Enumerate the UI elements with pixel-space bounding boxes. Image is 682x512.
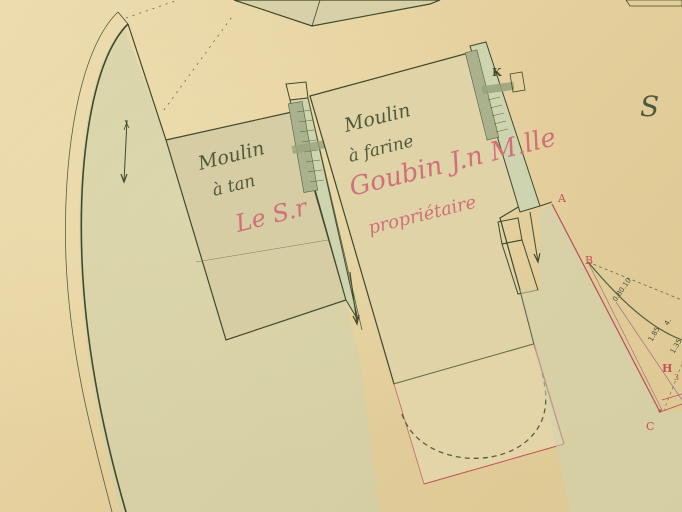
measurement-4: 1.35: [669, 337, 682, 355]
point-label-b: B: [585, 254, 593, 267]
point-label-h-sub: 3: [674, 373, 679, 382]
measurement-3: 4.: [663, 317, 673, 327]
point-label-c: C: [646, 420, 654, 433]
flour-mill-flow-arrow-icon: [530, 212, 540, 262]
point-label-h: H: [662, 362, 672, 375]
point-label-a: A: [557, 192, 567, 205]
point-label-k: K: [492, 66, 502, 79]
top-building-fragment: [234, 0, 682, 26]
site-plan: Moulin à tan Le S.r Moulin à farine Goub…: [0, 0, 682, 512]
map-title-fragment: S: [640, 90, 659, 123]
right-survey-area: [520, 202, 682, 512]
map-sheet: Moulin à tan Le S.r Moulin à farine Goub…: [0, 0, 682, 512]
